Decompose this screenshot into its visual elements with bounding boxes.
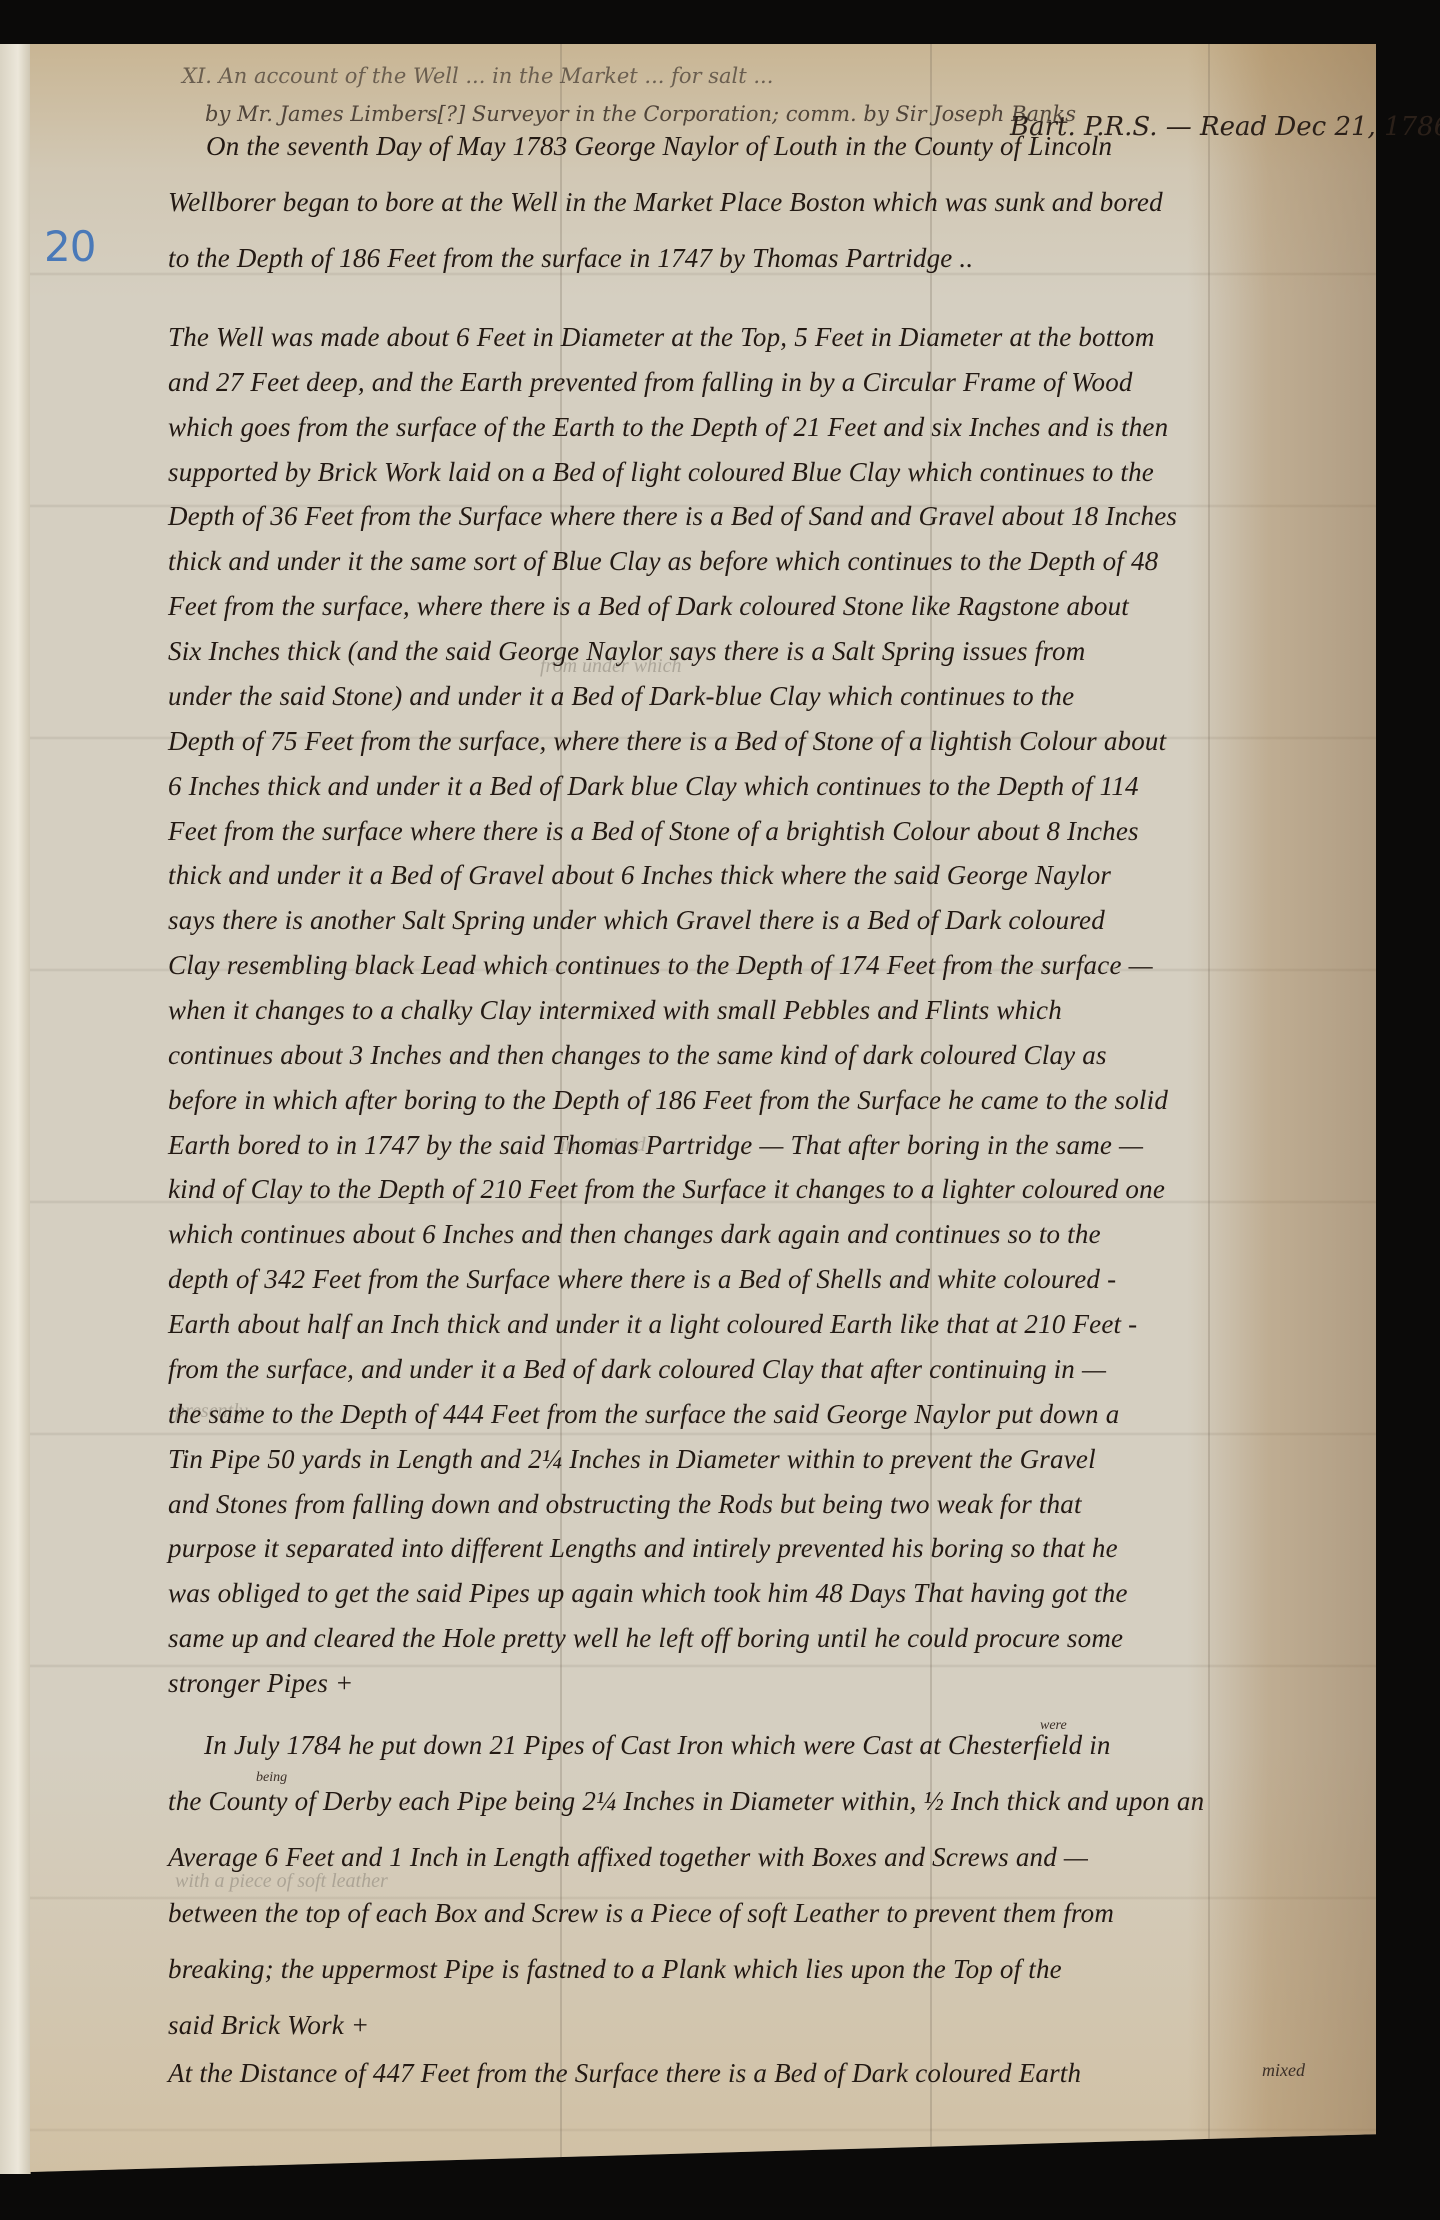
text-line: which continues about 6 Inches and then … — [168, 1219, 1101, 1250]
interlinear-insertion: being — [256, 1770, 287, 1786]
text-line: says there is another Salt Spring under … — [168, 905, 1105, 936]
text-line: At the Distance of 447 Feet from the Sur… — [168, 2058, 1081, 2089]
text-line: Feet from the surface where there is a B… — [168, 816, 1139, 847]
adjacent-page-edge — [0, 44, 31, 2174]
text-line: which goes from the surface of the Earth… — [168, 412, 1168, 443]
text-line: and 27 Feet deep, and the Earth prevente… — [168, 367, 1133, 398]
text-line: Average 6 Feet and 1 Inch in Length affi… — [168, 1842, 1088, 1873]
text-line: and Stones from falling down and obstruc… — [168, 1489, 1082, 1520]
text-line: stronger Pipes + — [168, 1668, 353, 1699]
folio-number: 20 — [44, 222, 95, 271]
text-line: the same to the Depth of 444 Feet from t… — [168, 1399, 1119, 1430]
text-line: the County of Derby each Pipe being 2¼ I… — [168, 1786, 1204, 1817]
header-title-faint: XI. An account of the Well ... in the Ma… — [182, 64, 773, 88]
text-line: Clay resembling black Lead which continu… — [168, 950, 1153, 981]
text-line: from the surface, and under it a Bed of … — [168, 1354, 1106, 1385]
text-line: to the Depth of 186 Feet from the surfac… — [168, 243, 973, 274]
text-line: Tin Pipe 50 yards in Length and 2¼ Inche… — [168, 1444, 1096, 1475]
text-line: when it changes to a chalky Clay intermi… — [168, 995, 1062, 1026]
text-line: Depth of 75 Feet from the surface, where… — [168, 726, 1166, 757]
pencil-note: with a piece of soft leather — [175, 1870, 388, 1893]
text-line: Six Inches thick (and the said George Na… — [168, 636, 1085, 667]
text-line: thick and under it a Bed of Gravel about… — [168, 860, 1111, 891]
catchword: mixed — [1262, 2060, 1305, 2081]
text-line: Earth bored to in 1747 by the said Thoma… — [168, 1130, 1143, 1161]
text-line: On the seventh Day of May 1783 George Na… — [206, 131, 1112, 162]
text-line: kind of Clay to the Depth of 210 Feet fr… — [168, 1174, 1165, 1205]
text-line: before in which after boring to the Dept… — [168, 1085, 1168, 1116]
text-line: Feet from the surface, where there is a … — [168, 591, 1129, 622]
text-line: Wellborer began to bore at the Well in t… — [168, 187, 1163, 218]
text-line: breaking; the uppermost Pipe is fastned … — [168, 1954, 1062, 1985]
text-line: depth of 342 Feet from the Surface where… — [168, 1264, 1116, 1295]
text-line: under the said Stone) and under it a Bed… — [168, 681, 1074, 712]
text-line: said Brick Work + — [168, 2010, 369, 2041]
header-author-line: by Mr. James Limbers[?] Surveyor in the … — [205, 102, 1076, 126]
text-line: was obliged to get the said Pipes up aga… — [168, 1578, 1128, 1609]
text-line: same up and cleared the Hole pretty well… — [168, 1623, 1123, 1654]
text-line: 6 Inches thick and under it a Bed of Dar… — [168, 771, 1139, 802]
text-line: Earth about half an Inch thick and under… — [168, 1309, 1137, 1340]
text-line: continues about 3 Inches and then change… — [168, 1040, 1107, 1071]
scan-background: XI. An account of the Well ... in the Ma… — [0, 0, 1440, 2220]
text-line: In July 1784 he put down 21 Pipes of Cas… — [204, 1730, 1111, 1761]
fold-line — [1208, 44, 1210, 2172]
text-line: Depth of 36 Feet from the Surface where … — [168, 501, 1177, 532]
text-line: The Well was made about 6 Feet in Diamet… — [168, 322, 1155, 353]
text-line: thick and under it the same sort of Blue… — [168, 546, 1158, 577]
text-line: supported by Brick Work laid on a Bed of… — [168, 457, 1154, 488]
text-line: purpose it separated into different Leng… — [168, 1533, 1118, 1564]
text-line: between the top of each Box and Screw is… — [168, 1898, 1114, 1929]
